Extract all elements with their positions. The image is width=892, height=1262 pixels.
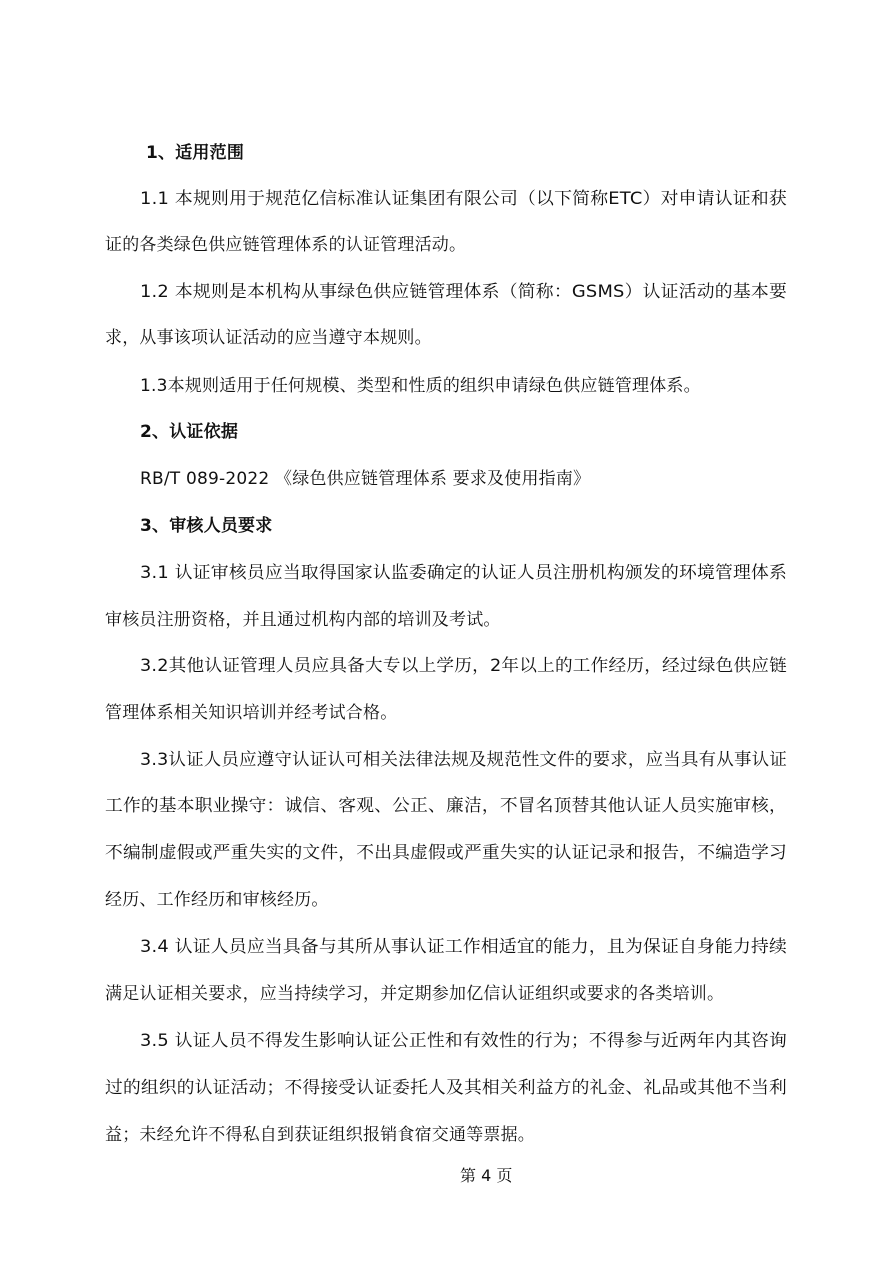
paragraph-1-2-line-2: 求，从事该项认证活动的应当遵守本规则。 (105, 326, 432, 350)
paragraph-3-3-line-2: 工作的基本职业操守：诚信、客观、公正、廉洁，不冒名顶替其他认证人员实施审核， (105, 794, 787, 818)
section-heading-scope: 1、适用范围 (146, 141, 244, 165)
section-heading-auditor-requirements: 3、审核人员要求 (140, 514, 272, 538)
paragraph-3-2-line-1: 3.2其他认证管理人员应具备大专以上学历，2年以上的工作经历，经过绿色供应链 (140, 654, 787, 678)
paragraph-3-4-line-1: 3.4 认证人员应当具备与其所从事认证工作相适宜的能力，且为保证自身能力持续 (140, 935, 787, 959)
page-number: 第 4 页 (460, 1165, 512, 1187)
paragraph-3-5-line-2: 过的组织的认证活动；不得接受认证委托人及其相关利益方的礼金、礼品或其他不当利 (105, 1076, 787, 1100)
paragraph-3-5-line-1: 3.5 认证人员不得发生影响认证公正性和有效性的行为；不得参与近两年内其咨询 (140, 1029, 787, 1053)
paragraph-3-2-line-2: 管理体系相关知识培训并经考试合格。 (105, 701, 397, 725)
section-heading-basis: 2、认证依据 (140, 420, 238, 444)
paragraph-3-3-line-1: 3.3认证人员应遵守认证认可相关法律法规及规范性文件的要求，应当具有从事认证 (140, 748, 787, 772)
paragraph-3-1-line-1: 3.1 认证审核员应当取得国家认监委确定的认证人员注册机构颁发的环境管理体系 (140, 561, 787, 585)
paragraph-3-1-line-2: 审核员注册资格，并且通过机构内部的培训及考试。 (105, 608, 501, 632)
standard-reference: RB/T 089-2022 《绿色供应链管理体系 要求及使用指南》 (140, 467, 590, 491)
paragraph-3-4-line-2: 满足认证相关要求，应当持续学习，并定期参加亿信认证组织或要求的各类培训。 (105, 982, 724, 1006)
paragraph-1-1-line-1: 1.1 本规则用于规范亿信标准认证集团有限公司（以下简称ETC）对申请认证和获 (140, 187, 787, 211)
paragraph-3-3-line-3: 不编制虚假或严重失实的文件，不出具虚假或严重失实的认证记录和报告，不编造学习 (105, 841, 787, 865)
paragraph-1-2-line-1: 1.2 本规则是本机构从事绿色供应链管理体系（简称：GSMS）认证活动的基本要 (140, 280, 787, 304)
paragraph-3-3-line-4: 经历、工作经历和审核经历。 (105, 888, 329, 912)
paragraph-1-1-line-2: 证的各类绿色供应链管理体系的认证管理活动。 (105, 233, 466, 257)
paragraph-1-3: 1.3本规则适用于任何规模、类型和性质的组织申请绿色供应链管理体系。 (140, 374, 701, 398)
paragraph-3-5-line-3: 益；未经允许不得私自到获证组织报销食宿交通等票据。 (105, 1123, 535, 1147)
